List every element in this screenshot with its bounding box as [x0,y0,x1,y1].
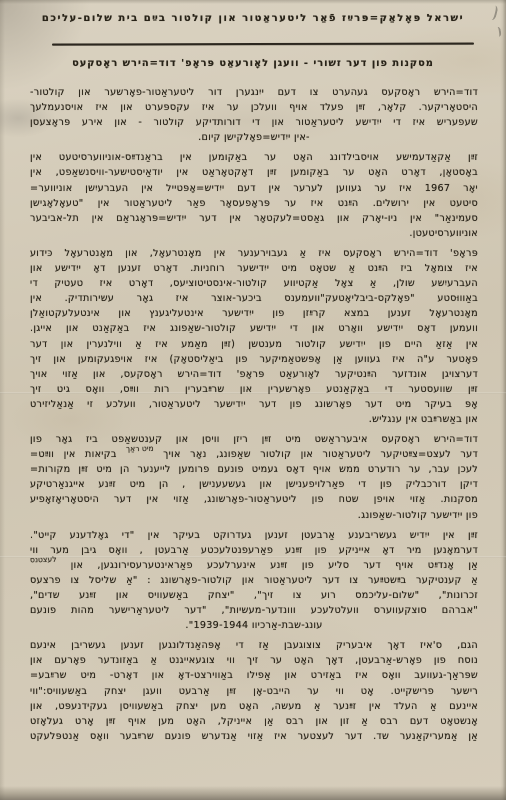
paper-right-edge-shadow [500,0,506,800]
superscript-insertion: מיט ראַך [126,441,154,457]
paragraph: דוד=הירש ראָסקעס געהערט צו דעם ייִנגערן … [30,85,478,145]
text-line: אַן אָנדײַט אויף דער סליע פון זײַנע אינע… [30,558,478,573]
title-underline [52,42,474,45]
paragraph: זײַן אין ייִדיש געשריבענע אַרבעטן זענען … [30,528,478,634]
text-line: עונג-שבת-אַרכיוו 1939-1944". [30,618,478,633]
text-line: זכרונות", "שלום-עליכמס רוע צו זיך", "יצח… [30,588,478,603]
text-line: דערמאָנען מיר דאָ אייניקע פון זײַנע פאַר… [30,543,478,558]
jury-subtitle: מסקנות פון דער זשורי - וועגן לאָורעאַט פ… [0,58,506,69]
text-line: שעפעריש איז די ייִדישע ליטעראַטור און די… [30,115,478,130]
paragraph: דוד=הירש ראָסקעס איבערראַשט מיט זײַן ריז… [30,432,478,523]
text-line: וועמען דאָס ייִדישע וואָרט און די ייִדיש… [30,321,478,336]
text-line: הגם, ס'איז דאָך איבעריק צוצוגעבן אַז די … [30,638,478,653]
text-line: דיקן דורכבליק פון די פאַרלויפענישן און ג… [30,477,478,492]
pen-scribble-mark [493,27,501,38]
text-line: אַ קענטיקער בײַשטײַער צו דער ליטעראַטור … [30,573,478,588]
scanned-typewritten-page: ישראל פּאָלאַק=פּרײַז פֿאַר ליטעראַטור א… [0,0,506,800]
paragraph: זײַן אַקאַדעמישע אויסבילדונג האָט ער באַ… [30,150,478,241]
text-line: אוניווערסיטעטן. [30,226,478,241]
text-line: זײַן אַקאַדעמישע אויסבילדונג האָט ער באַ… [30,150,478,165]
document-body: דוד=הירש ראָסקעס געהערט צו דעם ייִנגערן … [30,85,478,744]
text-line: לעכן עבר, ער רודערט ממש אויף דאָס געמיט … [30,462,478,477]
paragraph: פּראָפ' דוד=הירש ראָסקעס איז אַ געבוירענ… [30,246,478,427]
text-line: -אין ייִדיש=פאָלקישן קיום. [30,130,478,145]
text-line: רישער פרישקייט. אָט ווי ער הייבט-אָן זײַ… [30,684,478,699]
text-line: דערצויגן אונדזער הײַנטיקער לאָורעאַט פּר… [30,367,478,382]
text-line: סעמינאַר" אין ניו-יאָרק און גאַסט=לעקטאָ… [30,211,478,226]
text-line: פון ייִדישער קולטור-שאַפונג. [30,508,478,523]
line-text: בקיאות אין ווײַט= [30,449,126,460]
text-line: שפּראַך-געוועב וואָס איז באַזירט און אַפ… [30,668,478,683]
text-line: אַן אַמעריקאַנער שד. דער לעצטער איז אַזו… [30,729,478,744]
line-text: דער לעצט=צײַטיקער ליטעראַטור און קולטור … [154,449,478,460]
text-line: זײַן שוועסטער די באַקאַנטע פאָרשערין און… [30,382,478,397]
text-line: דער לעצט=צײַטיקער ליטעראַטור און קולטור … [30,447,478,462]
text-line: אָנשטאָט דעם רבס אַ זון און רבס אַן איינ… [30,714,478,729]
text-line: זײַן אין ייִדיש געשריבענע אַרבעטן זענען … [30,528,478,543]
text-line: באָסטאָן, דאָרט האָט ער באַקומען זײַן דא… [30,165,478,180]
text-line: פּראָפ' דוד=הירש ראָסקעס איז אַ געבוירענ… [30,246,478,261]
text-line: דוד=הירש ראָסקעס געהערט צו דעם ייִנגערן … [30,85,478,100]
text-line: מסקנות. אַזוי אויפן שטח פון ליטעראַטור-פ… [30,492,478,507]
text-line: היסטאָריקער. קלאָר, זײַן פעלד אויף וועלכ… [30,100,478,115]
text-line: יאָר 1967 איז ער געווען לערער אין דעם יי… [30,181,478,196]
text-line: מאָנטרעאָל זענען במצא קרײַזן פון ייִדישע… [30,306,478,321]
page-title: ישראל פּאָלאַק=פּרײַז פֿאַר ליטעראַטור א… [0,13,506,24]
text-line: סיטעט אין ירושלים. הײַנט איז ער פּראָפעס… [30,196,478,211]
paragraph: הגם, ס'איז דאָך איבעריק צוצוגעבן אַז די … [30,638,478,744]
paper-top-edge-shadow [0,0,506,4]
text-line: אין אַזאַ היים פון ייִדישע קולטור מענטשן… [30,337,478,352]
text-line: העברעיִשע שולן, אַ צאָל אַקטיווע קולטור-… [30,276,478,291]
text-line: איינעם אַ העלד אין זײַנער אַ מעשה, האָט … [30,699,478,714]
text-line: און באַשרײַבט אין ענגליש. [30,412,478,427]
text-line: דוד=הירש ראָסקעס איבערראַשט מיט זײַן ריז… [30,432,478,447]
paper-bottom-edge-shadow [0,786,506,800]
line-text: אַן אָנדײַט אויף דער סליע פון זײַנע אינע… [56,560,478,571]
text-line: איז צומאָל ביז הײַנט אַ שטאָט מיט ייִדיש… [30,261,478,276]
text-line: אָפּ בעיקר מיט דער פאָרשונג פון דער ייִד… [30,397,478,412]
text-line: פאָטער ע"ה איז געווען אַן אָפּשטאַמיקער … [30,352,478,367]
text-line: נוסח פון פאָרש-אַרבעטן, דאָך האָט ער זיך… [30,653,478,668]
text-line: באַוווּסטע "פאָלקס-ביבליאָטעק"וועמענס בי… [30,291,478,306]
paper-left-edge-shadow [0,0,5,800]
superscript-insertion: לעצטנס [30,552,57,568]
text-line: "אברהם סוצקעווערס וועלטלעכע ווונדער-מעשי… [30,603,478,618]
